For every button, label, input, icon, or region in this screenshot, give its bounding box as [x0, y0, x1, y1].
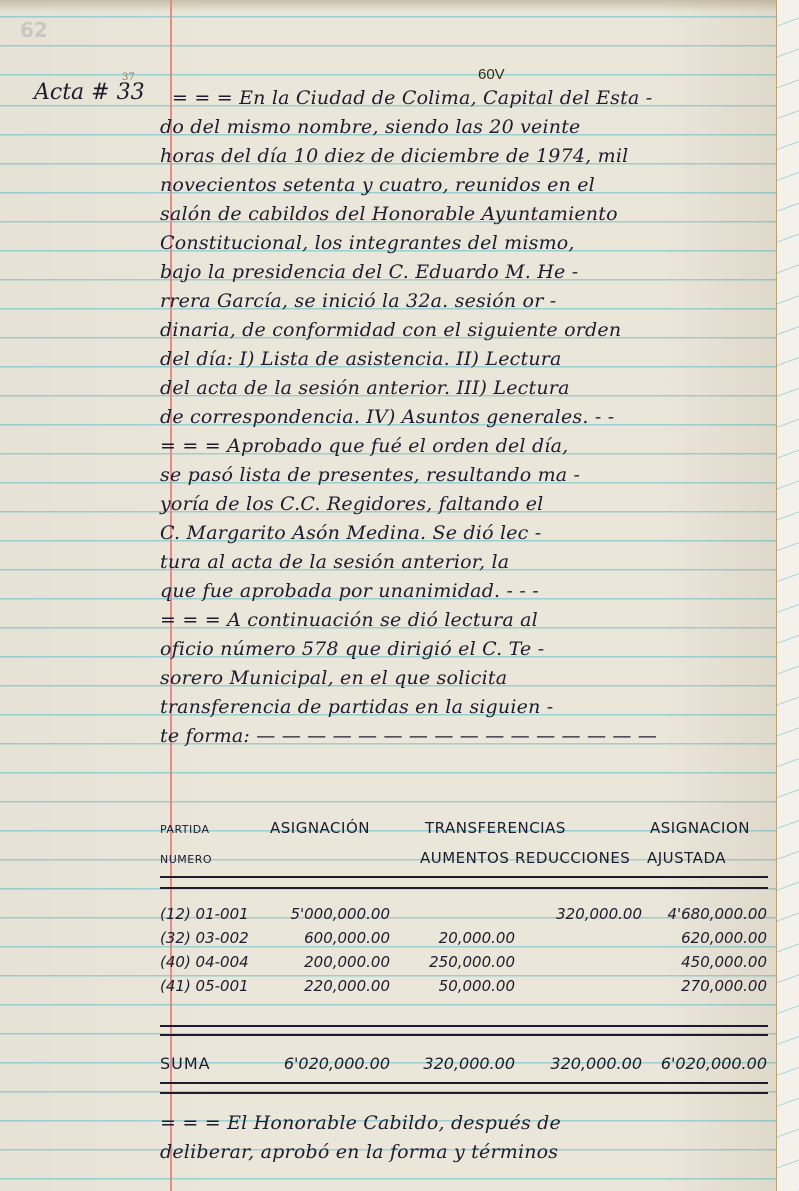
body-line: del acta de la sesión anterior. III) Lec… [160, 374, 770, 403]
faded-page-stamp: 62 [20, 18, 48, 42]
cell-ajustada: 450,000.00 [681, 953, 767, 971]
table-total-row: SUMA 6'020,000.00 320,000.00 320,000.00 … [160, 1052, 775, 1078]
closing-rule-2 [160, 1092, 768, 1094]
body-line: de correspondencia. IV) Asuntos generale… [160, 403, 770, 432]
body-line: que fue aprobada por unanimidad. - - - [160, 577, 770, 606]
closing-line: = = = El Honorable Cabildo, después de [160, 1109, 770, 1138]
cell-partida: (12) 01-001 [160, 905, 249, 923]
body-line: = = = A continuación se dió lectura al [160, 606, 770, 635]
total-ajustada: 6'020,000.00 [661, 1054, 767, 1073]
cell-aumentos: 50,000.00 [439, 977, 515, 995]
page-top-shadow [0, 0, 776, 12]
header-rule-2 [160, 887, 768, 889]
body-line: tura al acta de la sesión anterior, la [160, 548, 770, 577]
cell-asignacion: 600,000.00 [304, 929, 390, 947]
acta-label-text: Acta # 33 [34, 80, 145, 105]
cell-reducciones: 320,000.00 [556, 905, 642, 923]
body-line: dinaria, de conformidad con el siguiente… [160, 316, 770, 345]
table-header: PARTIDA ASIGNACIÓN TRANSFERENCIAS ASIGNA… [160, 815, 775, 875]
body-line: sorero Municipal, en el que solicita [160, 664, 770, 693]
total-asignacion: 6'020,000.00 [284, 1054, 390, 1073]
cell-asignacion: 200,000.00 [304, 953, 390, 971]
cell-partida: (32) 03-002 [160, 929, 249, 947]
ledger-page: 62 60V Acta # 33 37 = = = En la Ciudad d… [0, 0, 778, 1191]
header-asignacion: ASIGNACIÓN [270, 819, 370, 837]
body-line: Constitucional, los integrantes del mism… [160, 229, 770, 258]
header-reducciones: REDUCCIONES [515, 849, 630, 867]
closing-line: deliberar, aprobó en la forma y términos [160, 1138, 770, 1167]
cell-asignacion: 5'000,000.00 [290, 905, 390, 923]
table-row: (41) 05-001220,000.0050,000.00270,000.00 [160, 975, 775, 999]
handwritten-body: = = = En la Ciudad de Colima, Capital de… [160, 84, 770, 751]
body-line: transferencia de partidas en la siguien … [160, 693, 770, 722]
table-header-row-1: PARTIDA ASIGNACIÓN TRANSFERENCIAS ASIGNA… [160, 815, 775, 845]
table-row: (40) 04-004200,000.00250,000.00450,000.0… [160, 951, 775, 975]
body-line: = = = Aprobado que fué el orden del día, [160, 432, 770, 461]
acta-superscript: 37 [122, 72, 135, 83]
body-line: novecientos setenta y cuatro, reunidos e… [160, 171, 770, 200]
total-aumentos: 320,000.00 [423, 1054, 515, 1073]
total-rule-1 [160, 1025, 768, 1027]
header-partida: PARTIDA [160, 823, 210, 836]
body-line: salón de cabildos del Honorable Ayuntami… [160, 200, 770, 229]
cell-partida: (41) 05-001 [160, 977, 249, 995]
cell-ajustada: 270,000.00 [681, 977, 767, 995]
header-numero: NUMERO [160, 853, 212, 866]
cell-asignacion: 220,000.00 [304, 977, 390, 995]
cell-aumentos: 250,000.00 [429, 953, 515, 971]
header-asignacion-ajustada-top: ASIGNACION [650, 819, 750, 837]
body-line: del día: I) Lista de asistencia. II) Lec… [160, 345, 770, 374]
header-aumentos: AUMENTOS [420, 849, 509, 867]
cell-aumentos: 20,000.00 [439, 929, 515, 947]
table-row: (12) 01-0015'000,000.00320,000.004'680,0… [160, 903, 775, 927]
header-rule-1 [160, 876, 768, 878]
header-ajustada: AJUSTADA [647, 849, 726, 867]
body-line: te forma: — — — — — — — — — — — — — — — … [160, 722, 770, 751]
body-line: rrera García, se inició la 32a. sesión o… [160, 287, 770, 316]
body-line: do del mismo nombre, siendo las 20 veint… [160, 113, 770, 142]
body-line: bajo la presidencia del C. Eduardo M. He… [160, 258, 770, 287]
closing-rule-1 [160, 1082, 768, 1084]
body-line: se pasó lista de presentes, resultando m… [160, 461, 770, 490]
closing-paragraph: = = = El Honorable Cabildo, después dede… [160, 1109, 770, 1167]
table-body: (12) 01-0015'000,000.00320,000.004'680,0… [160, 903, 775, 999]
folio-number: 60V [478, 66, 505, 83]
scanned-ledger-page: 62 60V Acta # 33 37 = = = En la Ciudad d… [0, 0, 799, 1191]
next-page-edge [777, 0, 799, 1191]
header-transferencias: TRANSFERENCIAS [425, 819, 566, 837]
body-line: = = = En la Ciudad de Colima, Capital de… [160, 84, 770, 113]
acta-heading: Acta # 33 37 [34, 80, 145, 105]
table-row: (32) 03-002600,000.0020,000.00620,000.00 [160, 927, 775, 951]
table-header-row-2: NUMERO AUMENTOS REDUCCIONES AJUSTADA [160, 845, 775, 875]
cell-ajustada: 4'680,000.00 [667, 905, 767, 923]
body-line: horas del día 10 diez de diciembre de 19… [160, 142, 770, 171]
body-line: yoría de los C.C. Regidores, faltando el [160, 490, 770, 519]
cell-ajustada: 620,000.00 [681, 929, 767, 947]
body-line: C. Margarito Asón Medina. Se dió lec - [160, 519, 770, 548]
body-line: oficio número 578 que dirigió el C. Te - [160, 635, 770, 664]
total-reducciones: 320,000.00 [550, 1054, 642, 1073]
total-rule-2 [160, 1034, 768, 1036]
cell-partida: (40) 04-004 [160, 953, 249, 971]
total-label: SUMA [160, 1054, 211, 1073]
